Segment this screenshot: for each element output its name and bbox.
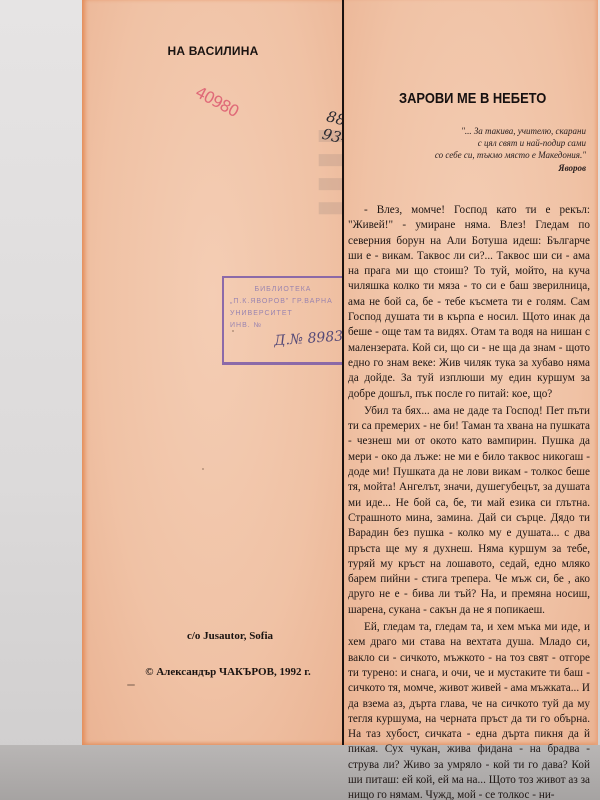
story-body: - Влез, момче! Господ като ти е рекъл: "… — [348, 203, 590, 800]
story-title: ЗАРОВИ МЕ В НЕБЕТО — [399, 90, 546, 107]
stamp-line: БИБЛИОТЕКА — [224, 284, 342, 296]
stamp-line: УНИВЕРСИТЕТ — [224, 308, 342, 320]
epigraph: "... За такива, учителю, скарани с цял с… — [386, 125, 586, 174]
epigraph-line: со себе си, тъкмо място е Македония." — [386, 149, 586, 161]
red-handwritten-number: 40980 — [192, 82, 241, 120]
right-page: ЗАРОВИ МЕ В НЕБЕТО "... За такива, учите… — [344, 0, 598, 745]
stamp-line: „П.К.ЯВОРОВ” ГР.ВАРНА — [224, 296, 342, 308]
library-stamp: БИБЛИОТЕКА „П.К.ЯВОРОВ” ГР.ВАРНА УНИВЕРС… — [222, 276, 344, 365]
paragraph: - Влез, момче! Господ като ти е рекъл: "… — [348, 203, 590, 402]
paragraph: Ей, гледам та, гледам та, и хем мъка ми … — [348, 620, 590, 800]
paper-speck — [232, 330, 234, 332]
paper-speck — [127, 684, 135, 686]
epigraph-line: "... За такива, учителю, скарани — [386, 125, 586, 137]
dedication: НА ВАСИЛИНА — [82, 44, 344, 58]
copyright-notice: © Александър ЧАКЪРОВ, 1992 г. — [82, 666, 344, 678]
paragraph: Убил та бях... ама не даде та Господ! Пе… — [348, 404, 590, 618]
paper-speck — [202, 468, 204, 470]
left-page: ▌▌▌▌ НА ВАСИЛИНА 40980 8867-93-32 БИБЛИО… — [82, 0, 344, 745]
agency-credit: c/o Jusautor, Sofia — [82, 630, 344, 642]
epigraph-line: с цял свят и най-подир сами — [386, 137, 586, 149]
epigraph-author: Яворов — [386, 162, 586, 174]
